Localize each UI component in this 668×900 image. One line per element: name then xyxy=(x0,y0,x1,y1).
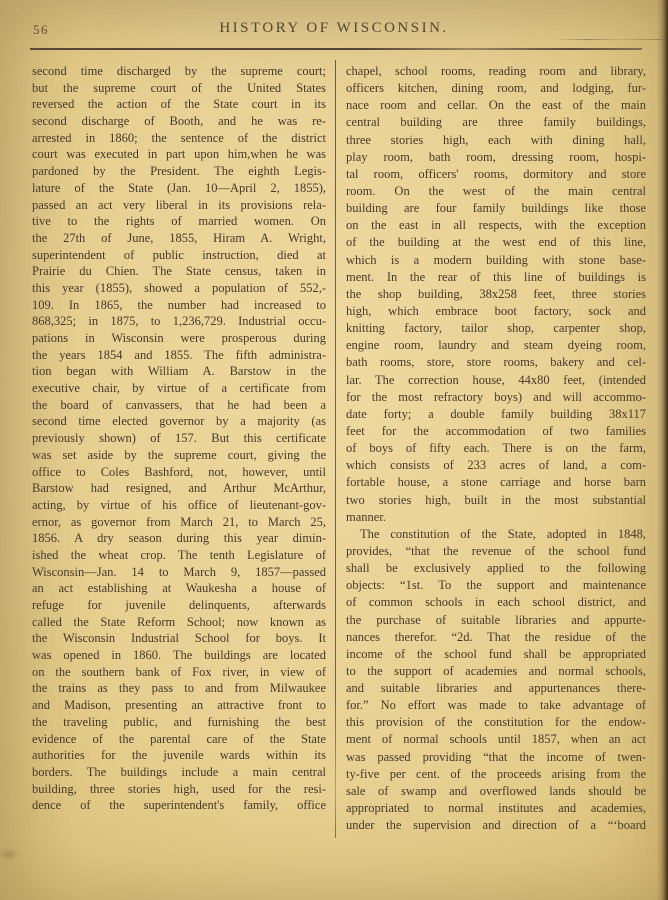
text-line: the shop building, 38x258 feet, three st… xyxy=(346,286,646,303)
text-line: Wisconsin—Jan. 14 to March 9, 1857—passe… xyxy=(32,564,326,581)
text-line: 1856. A dry season during this year dimi… xyxy=(32,530,326,547)
text-line: engine room, laundry and steam dyeing ro… xyxy=(346,337,646,354)
text-line: for.” No effort was made to take advanta… xyxy=(346,697,646,714)
text-line: the traveling public, and furnishing the… xyxy=(32,714,326,731)
text-line: the purchase of suitable libraries and a… xyxy=(346,612,646,629)
text-line: was passed providing “that the income of… xyxy=(346,749,646,766)
text-line: was set aside by the supreme court, givi… xyxy=(32,447,326,464)
text-line: on the east in all respects, with the ex… xyxy=(346,217,646,234)
text-line: lar. The correction house, 44x80 feet, (… xyxy=(346,372,646,389)
text-line: second time elected governor by a majori… xyxy=(32,413,326,430)
left-column: second time discharged by the supreme co… xyxy=(32,63,326,814)
text-line: appropriated to normal institutes and ac… xyxy=(346,800,646,817)
text-line: provides, “that the revenue of the schoo… xyxy=(346,543,646,560)
text-line: officers kitchen, dining room, and lodgi… xyxy=(346,80,646,97)
text-line: high, which embrace boot factory, sock a… xyxy=(346,303,646,320)
text-line: this year (1855), showed a population of… xyxy=(32,280,326,297)
page-edge-shadow xyxy=(657,0,668,900)
text-line: on the southern bank of Fox river, in vi… xyxy=(32,664,326,681)
text-line: three stories high, each with dining hal… xyxy=(346,132,646,149)
text-line: and Madison, presenting an attractive fr… xyxy=(32,697,326,714)
text-line: central building are three family buildi… xyxy=(346,114,646,131)
header-rule xyxy=(30,48,642,50)
text-line: under the supervision and direction of a… xyxy=(346,817,646,834)
text-line: second discharge of Booth, and he was re… xyxy=(32,113,326,130)
text-line: chapel, school rooms, reading room and l… xyxy=(346,63,646,80)
text-line: but the supreme court of the United Stat… xyxy=(32,80,326,97)
text-line: fortable house, a stone carriage and hor… xyxy=(346,474,646,491)
text-line: previously shown) of 157. But this certi… xyxy=(32,430,326,447)
text-line: Barstow had resigned, and Arthur McArthu… xyxy=(32,480,326,497)
text-line: two stories high, built in the most subs… xyxy=(346,492,646,509)
text-line: feet for the accommodation of two famili… xyxy=(346,423,646,440)
text-line: ty-five per cent. of the proceeds arisin… xyxy=(346,766,646,783)
text-line: Prairie du Chien. The State census, take… xyxy=(32,263,326,280)
text-line: shall be exclusively applied to the foll… xyxy=(346,560,646,577)
text-line: which consists of 233 acres of land, a c… xyxy=(346,457,646,474)
text-line: authorities for the juvenile wards withi… xyxy=(32,747,326,764)
text-line: superintendent of public instruction, di… xyxy=(32,247,326,264)
text-line: dence of the superintendent's family, of… xyxy=(32,797,326,814)
text-line: nace room and cellar. On the east of the… xyxy=(346,97,646,114)
text-line: 109. In 1865, the number had increased t… xyxy=(32,297,326,314)
text-line: passed an act very liberal in its provis… xyxy=(32,197,326,214)
text-line: sale of swamp and overflowed lands shoul… xyxy=(346,783,646,800)
text-line: building are four family buildings like … xyxy=(346,200,646,217)
text-line: refuge for juvenile delinquents, afterwa… xyxy=(32,597,326,614)
header-artifact-line xyxy=(556,39,662,40)
text-line: which is a modern building with stone ba… xyxy=(346,252,646,269)
text-line: tion began with William A. Barstow in th… xyxy=(32,363,326,380)
text-line: second time discharged by the supreme co… xyxy=(32,63,326,80)
text-line: and suitable libraries and appurtenances… xyxy=(346,680,646,697)
text-line: court was executed in part upon him,when… xyxy=(32,146,326,163)
text-line: the years 1854 and 1855. The fifth admin… xyxy=(32,347,326,364)
text-line: tal room, officers' rooms, dormitory and… xyxy=(346,166,646,183)
text-line: ished the wheat crop. The tenth Legislat… xyxy=(32,547,326,564)
text-line: of the building at the west end of this … xyxy=(346,234,646,251)
text-line: objects: “1st. To the support and mainte… xyxy=(346,577,646,594)
text-line: for the most refractory boys) and will a… xyxy=(346,389,646,406)
text-line: nances therefor. “2d. That the residue o… xyxy=(346,629,646,646)
text-line: building, three stories high, used for t… xyxy=(32,781,326,798)
text-line: ment of normal schools until 1857, when … xyxy=(346,731,646,748)
text-line: pations in Wisconsin were prosperous dur… xyxy=(32,330,326,347)
page-header-title: HISTORY OF WISCONSIN. xyxy=(0,20,668,37)
text-line: 868,325; in 1875, to 1,236,729. Industri… xyxy=(32,313,326,330)
text-line: ernor, as governor from March 21, to Mar… xyxy=(32,514,326,531)
text-line: The constitution of the State, adopted i… xyxy=(346,526,646,543)
ink-smudge xyxy=(2,851,16,858)
text-line: evidence of the parental care of the Sta… xyxy=(32,731,326,748)
text-line: executive chair, by virtue of a certific… xyxy=(32,380,326,397)
text-line: date forty; a double family building 38x… xyxy=(346,406,646,423)
text-line: tive to the rights of married women. On xyxy=(32,213,326,230)
text-line: of boys of fifty each. There is on the f… xyxy=(346,440,646,457)
text-line: called the State Reform School; now know… xyxy=(32,614,326,631)
text-line: an act establishing at Waukesha a house … xyxy=(32,580,326,597)
text-line: this provision of the constitution for t… xyxy=(346,714,646,731)
text-line: room. On the west of the main central xyxy=(346,183,646,200)
text-line: the Wisconsin Industrial School for boys… xyxy=(32,630,326,647)
text-line: bath rooms, store, store rooms, bakery a… xyxy=(346,354,646,371)
text-line: arrested in 1860; the sentence of the di… xyxy=(32,130,326,147)
text-line: reversed the action of the State court i… xyxy=(32,96,326,113)
text-line: knitting factory, tailor shop, carpenter… xyxy=(346,320,646,337)
book-page: 56 HISTORY OF WISCONSIN. second time dis… xyxy=(0,0,668,900)
text-line: lature of the State (Jan. 10—April 2, 18… xyxy=(32,180,326,197)
right-column: chapel, school rooms, reading room and l… xyxy=(346,63,646,834)
text-line: pardoned by the President. The eighth Le… xyxy=(32,163,326,180)
text-line: office to Coles Bashford, not, however, … xyxy=(32,464,326,481)
text-line: was opened in 1860. The buildings are lo… xyxy=(32,647,326,664)
column-divider xyxy=(335,60,336,838)
text-line: borders. The buildings include a main ce… xyxy=(32,764,326,781)
text-line: ment. In the rear of this line of buildi… xyxy=(346,269,646,286)
text-line: the board of canvassers, that he had bee… xyxy=(32,397,326,414)
text-line: play room, bath room, dressing room, hos… xyxy=(346,149,646,166)
text-line: of common schools in each school distric… xyxy=(346,594,646,611)
text-line: manner. xyxy=(346,509,646,526)
text-line: acting, by virtue of his office of lieut… xyxy=(32,497,326,514)
text-line: the trains as they pass to and from Milw… xyxy=(32,680,326,697)
text-line: income of the school fund shall be appro… xyxy=(346,646,646,663)
text-line: to the support of academies and normal s… xyxy=(346,663,646,680)
text-line: the 27th of June, 1855, Hiram A. Wright, xyxy=(32,230,326,247)
